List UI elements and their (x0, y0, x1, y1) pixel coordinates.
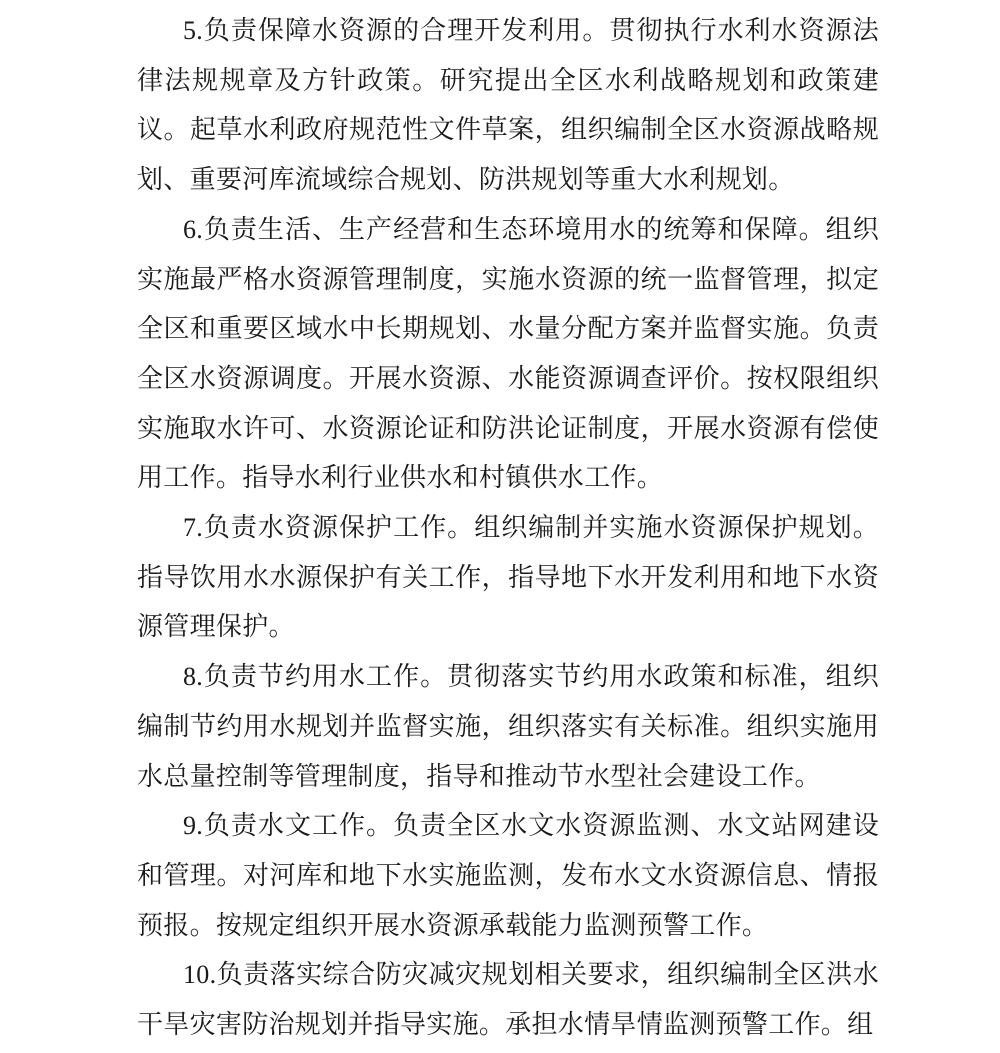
paragraph-duty-6: 6.负责生活、生产经营和生态环境用水的统筹和保障。组织实施最严格水资源管理制度，… (137, 205, 879, 503)
document-text-block: 5.负责保障水资源的合理开发利用。贯彻执行水利水资源法律法规规章及方针政策。研究… (137, 6, 879, 1050)
paragraph-duty-10: 10.负责落实综合防灾减灾规划相关要求，组织编制全区洪水干旱灾害防治规划并指导实… (137, 950, 879, 1049)
paragraph-duty-7: 7.负责水资源保护工作。组织编制并实施水资源保护规划。指导饮用水水源保护有关工作… (137, 503, 879, 652)
paragraph-duty-8: 8.负责节约用水工作。贯彻落实节约用水政策和标准，组织编制节约用水规划并监督实施… (137, 652, 879, 801)
document-page: 5.负责保障水资源的合理开发利用。贯彻执行水利水资源法律法规规章及方针政策。研究… (0, 0, 1000, 1053)
paragraph-duty-5: 5.负责保障水资源的合理开发利用。贯彻执行水利水资源法律法规规章及方针政策。研究… (137, 6, 879, 205)
paragraph-duty-9: 9.负责水文工作。负责全区水文水资源监测、水文站网建设和管理。对河库和地下水实施… (137, 801, 879, 950)
